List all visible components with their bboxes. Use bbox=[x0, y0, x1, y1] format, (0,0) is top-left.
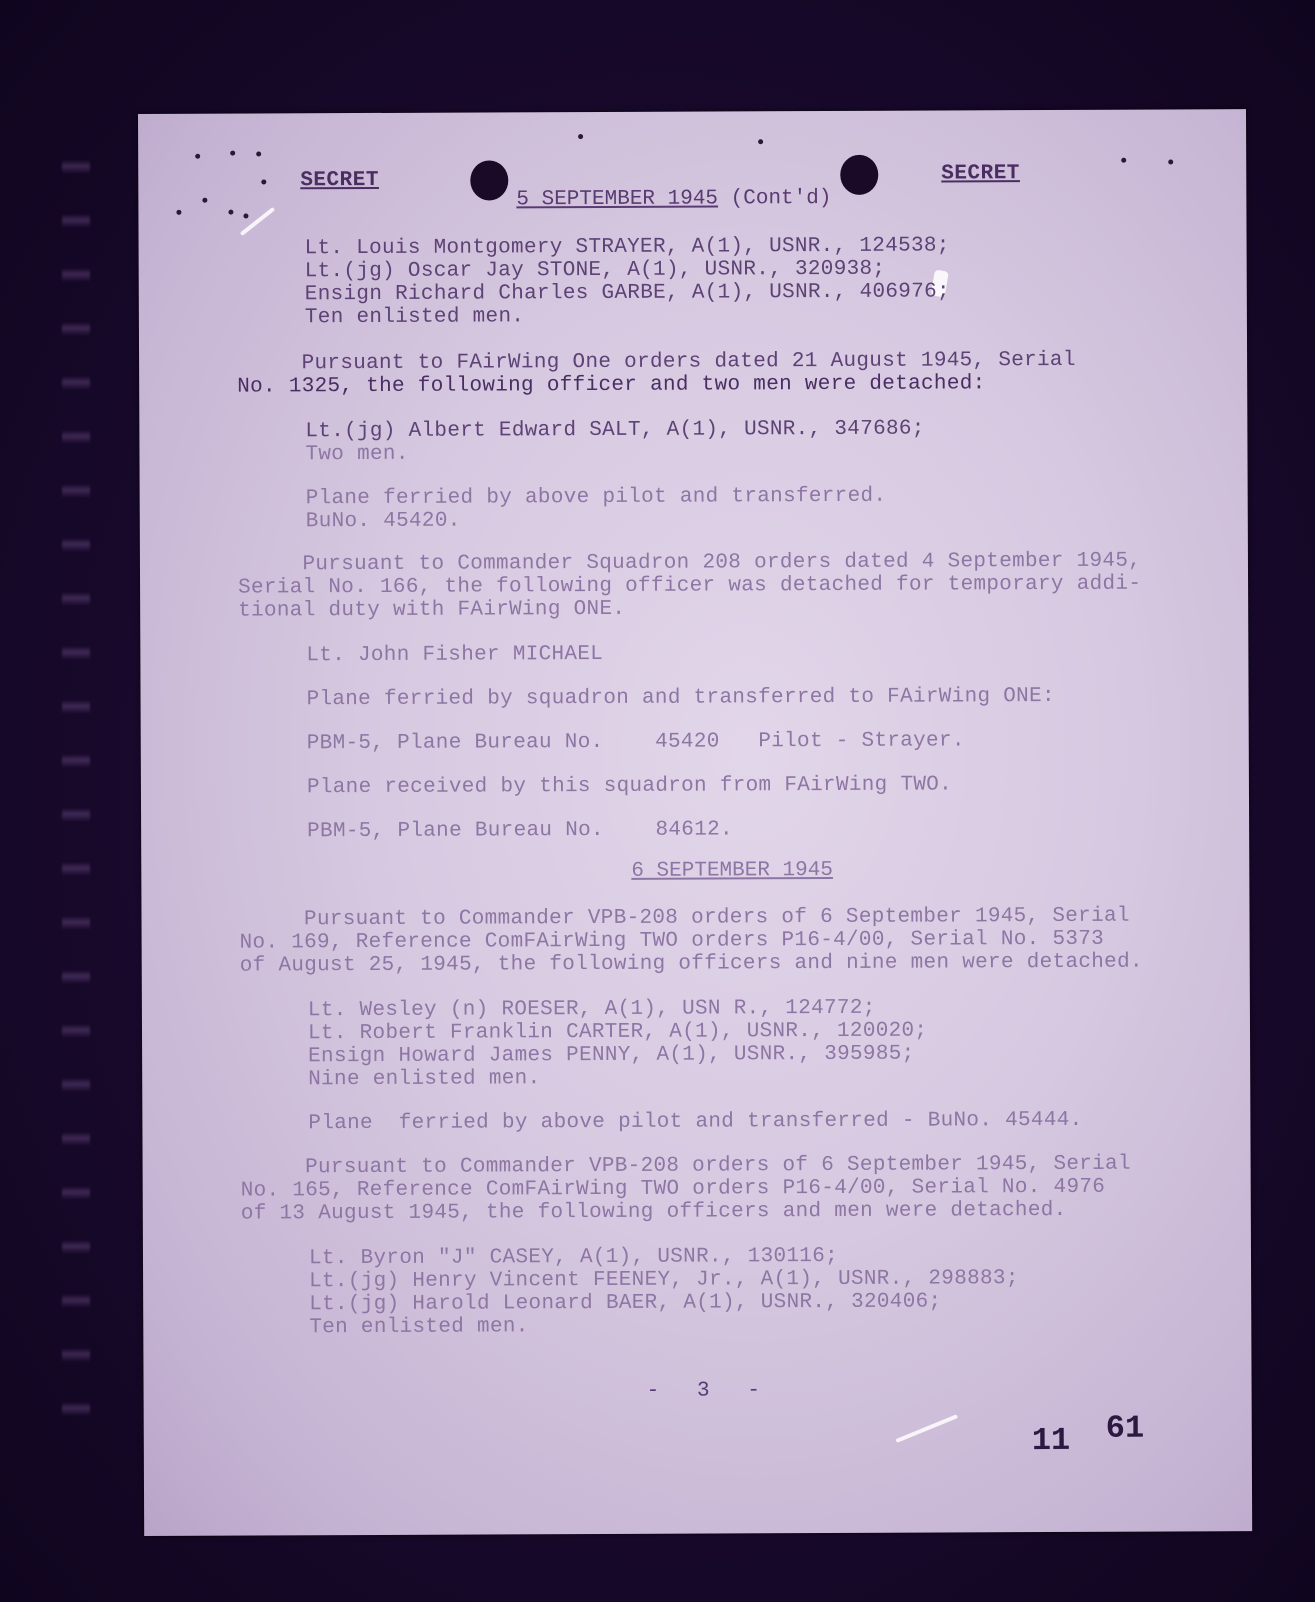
classification-marking-left: SECRET bbox=[300, 169, 379, 192]
document-page: SECRET SECRET 5 SEPTEMBER 1945 (Cont'd) … bbox=[138, 109, 1252, 1536]
speck bbox=[243, 214, 248, 219]
personnel-entry: Lt.(jg) Harold Leonard BAER, A(1), USNR.… bbox=[309, 1291, 941, 1317]
personnel-entry: Lt. Robert Franklin CARTER, A(1), USNR.,… bbox=[308, 1020, 927, 1046]
plane-received-detail: PBM-5, Plane Bureau No. 84612. bbox=[307, 818, 733, 843]
plane-transfer-note-3: Plane ferried by squadron and transferre… bbox=[307, 685, 1055, 711]
paragraph-line: No. 1325, the following officer and two … bbox=[237, 372, 985, 398]
personnel-entry: Lt.(jg) Albert Edward SALT, A(1), USNR.,… bbox=[305, 418, 924, 444]
plane-received-note: Plane received by this squadron from FAi… bbox=[307, 773, 952, 799]
classification-marking-right: SECRET bbox=[941, 162, 1020, 185]
speck bbox=[261, 179, 266, 184]
plane-note-line: BuNo. 45420. bbox=[306, 510, 461, 534]
page-number: - 3 - bbox=[647, 1379, 761, 1402]
personnel-entry: Two men. bbox=[305, 443, 408, 466]
personnel-entry: Lt.(jg) Henry Vincent FEENEY, Jr., A(1),… bbox=[309, 1267, 1019, 1293]
speck bbox=[195, 154, 200, 159]
continued-label: (Cont'd) bbox=[718, 187, 832, 210]
plane-transfer-note-4: Plane ferried by above pilot and transfe… bbox=[308, 1109, 1082, 1135]
film-edge-artifact bbox=[62, 120, 90, 1420]
plane-bureau-detail: PBM-5, Plane Bureau No. 45420 Pilot - St… bbox=[307, 729, 965, 755]
plane-note-line: Plane ferried by above pilot and transfe… bbox=[306, 485, 887, 511]
personnel-entry: Lt. John Fisher MICHAEL bbox=[306, 643, 603, 667]
speck bbox=[758, 139, 763, 144]
film-scratch bbox=[240, 207, 275, 236]
speck bbox=[1121, 158, 1126, 163]
speck bbox=[176, 210, 181, 215]
punch-hole-right bbox=[840, 155, 878, 195]
paragraph-line: of 13 August 1945, the following officer… bbox=[241, 1199, 1067, 1226]
personnel-entry: Lt.(jg) Oscar Jay STONE, A(1), USNR., 32… bbox=[305, 258, 886, 284]
speck bbox=[578, 134, 583, 139]
date-heading-6-september: 6 SEPTEMBER 1945 bbox=[631, 859, 833, 883]
personnel-entry: Lt. Wesley (n) ROESER, A(1), USN R., 124… bbox=[308, 997, 876, 1022]
film-scratch bbox=[895, 1414, 958, 1443]
personnel-entry: Ten enlisted men. bbox=[309, 1315, 528, 1339]
speck bbox=[230, 151, 235, 156]
speck bbox=[1168, 159, 1173, 164]
paragraph-line: tional duty with FAirWing ONE. bbox=[238, 598, 625, 623]
speck bbox=[228, 210, 233, 215]
date-heading-text: 6 SEPTEMBER 1945 bbox=[631, 859, 833, 883]
personnel-entry: Lt. Byron "J" CASEY, A(1), USNR., 130116… bbox=[309, 1245, 838, 1270]
personnel-entry: Ensign Richard Charles GARBE, A(1), USNR… bbox=[305, 280, 950, 306]
frame-number-left: 11 bbox=[1032, 1422, 1071, 1459]
personnel-entry: Ensign Howard James PENNY, A(1), USNR., … bbox=[308, 1043, 915, 1069]
speck bbox=[202, 198, 207, 203]
paragraph-line: of August 25, 1945, the following office… bbox=[240, 951, 1143, 978]
frame-number-right: 61 bbox=[1106, 1410, 1145, 1447]
date-heading-text: 5 SEPTEMBER 1945 bbox=[516, 187, 718, 211]
personnel-entry: Ten enlisted men. bbox=[305, 305, 524, 329]
personnel-entry: Lt. Louis Montgomery STRAYER, A(1), USNR… bbox=[305, 234, 950, 260]
personnel-entry: Nine enlisted men. bbox=[308, 1067, 540, 1091]
date-heading-5-september: 5 SEPTEMBER 1945 (Cont'd) bbox=[516, 187, 831, 211]
paragraph-line: Serial No. 166, the following officer wa… bbox=[238, 573, 1141, 600]
punch-hole-left bbox=[470, 160, 508, 200]
speck bbox=[256, 151, 261, 156]
